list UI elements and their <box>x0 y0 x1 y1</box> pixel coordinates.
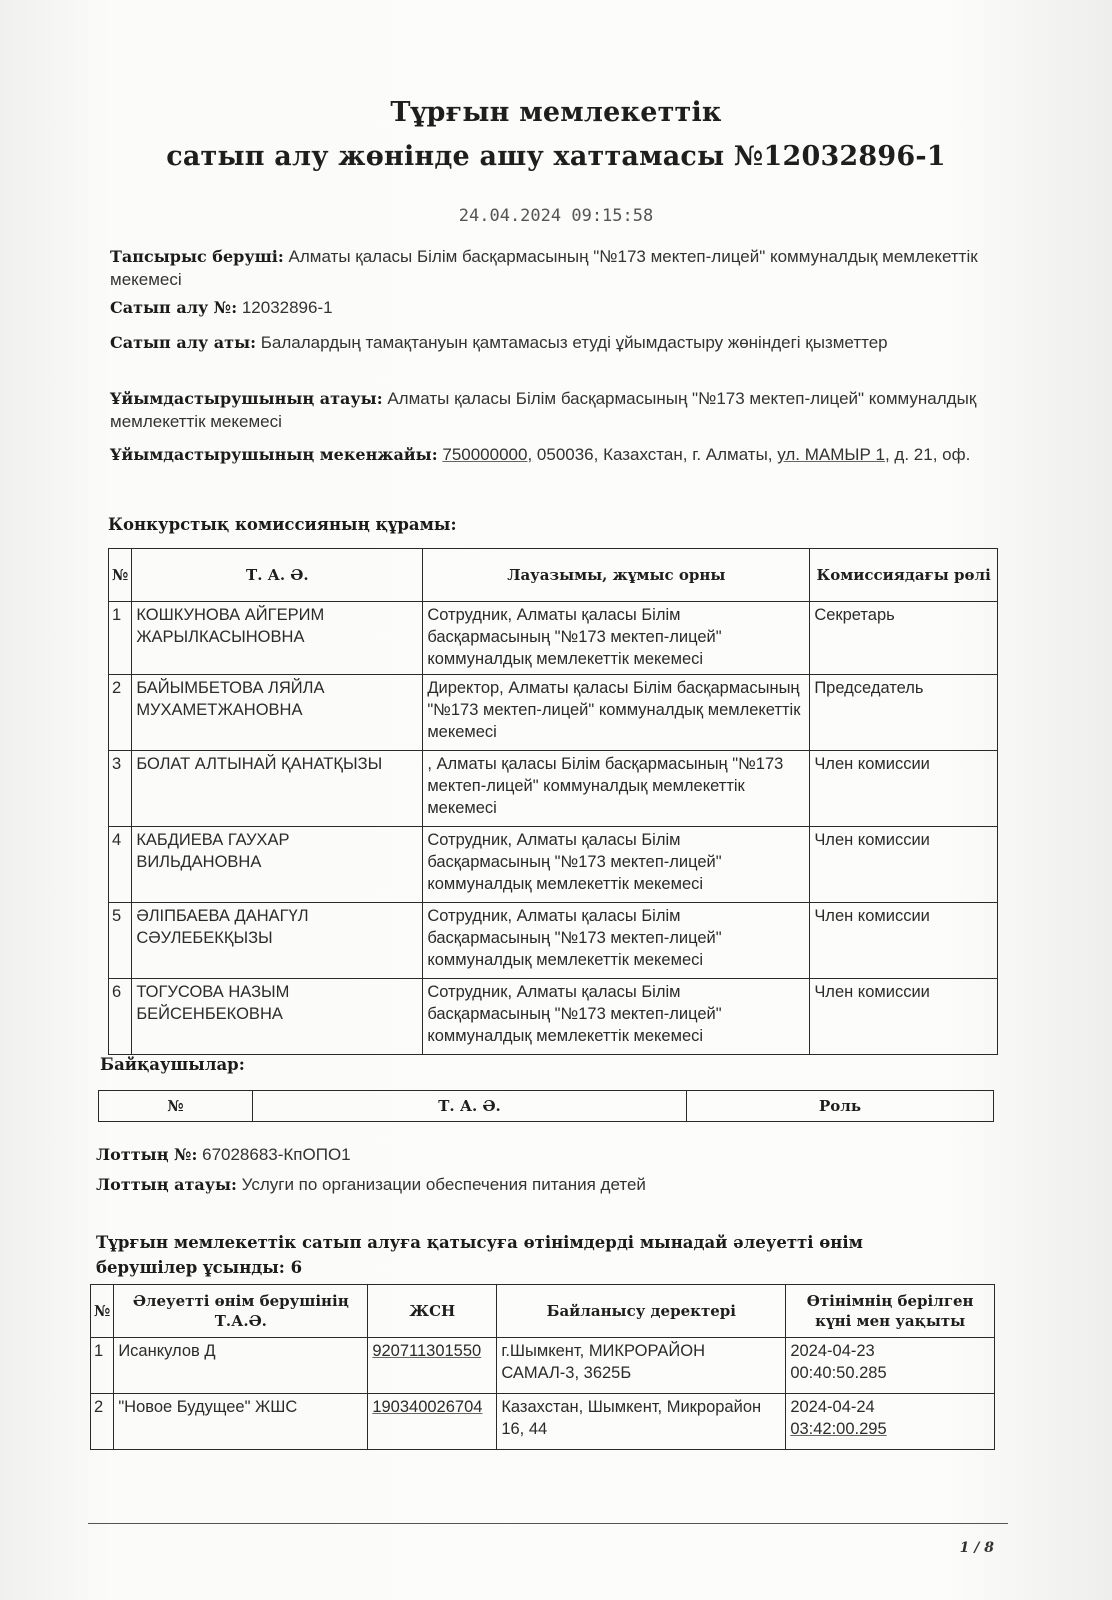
organizer-name-label: Ұйымдастырушының атауы: <box>110 389 383 408</box>
customer-field: Тапсырыс беруші: Алматы қаласы Білім бас… <box>110 245 1010 291</box>
row-date: 2024-04-24 <box>790 1396 990 1418</box>
col-no: № <box>109 549 132 602</box>
row-name: КАБДИЕВА ГАУХАР ВИЛЬДАНОВНА <box>132 827 423 903</box>
organizer-address-field: Ұйымдастырушының мекенжайы: 750000000, 0… <box>110 443 1010 466</box>
row-no: 1 <box>109 602 132 675</box>
document-title-line1: Тұрғын мемлекеттік <box>0 97 1112 128</box>
purchase-number-label: Сатып алу №: <box>110 298 237 317</box>
col-position: Лауазымы, жұмыс орны <box>423 549 810 602</box>
commission-title: Конкурстық комиссияның құрамы: <box>108 515 457 534</box>
row-time: 00:40:50.285 <box>790 1362 990 1384</box>
row-name: БАЙЫМБЕТОВА ЛЯЙЛА МУХАМЕТЖАНОВНА <box>132 675 423 751</box>
table-row: 4 КАБДИЕВА ГАУХАР ВИЛЬДАНОВНА Сотрудник,… <box>109 827 998 903</box>
col-name: Т. А. Ә. <box>253 1091 687 1122</box>
address-mid: 050036, Казахстан, г. Алматы, <box>532 445 777 464</box>
row-position: Сотрудник, Алматы қаласы Білім басқармас… <box>423 827 810 903</box>
table-row: 5 ӘЛІПБАЕВА ДАНАГҮЛ СӘУЛЕБЕКҚЫЗЫ Сотрудн… <box>109 903 998 979</box>
document-page: Тұрғын мемлекеттік сатып алу жөнінде ашу… <box>0 0 1112 1600</box>
row-role: Член комиссии <box>810 751 998 827</box>
row-contact: г.Шымкент, МИКРОРАЙОН САМАЛ-3, 3625Б <box>497 1338 786 1394</box>
footer-divider <box>88 1523 1008 1524</box>
row-role: Секретарь <box>810 602 998 675</box>
row-position: , Алматы қаласы Білім басқармасының "№17… <box>423 751 810 827</box>
row-no: 2 <box>91 1394 114 1450</box>
col-supplier-name: Әлеуетті өнім берушінің Т.А.Ә. <box>114 1285 368 1338</box>
row-position: Сотрудник, Алматы қаласы Білім басқармас… <box>423 602 810 675</box>
row-time: 03:42:00.295 <box>790 1418 990 1440</box>
lot-number-label: Лоттың №: <box>96 1145 197 1164</box>
table-row: 3 БОЛАТ АЛТЫНАЙ ҚАНАТҚЫЗЫ , Алматы қалас… <box>109 751 998 827</box>
row-role: Член комиссии <box>810 827 998 903</box>
purchase-name-label: Сатып алу аты: <box>110 333 256 352</box>
table-row: 1 Исанкулов Д 920711301550 г.Шымкент, МИ… <box>91 1338 995 1394</box>
lot-name-field: Лоттың атауы: Услуги по организации обес… <box>96 1173 996 1196</box>
address-code-link[interactable]: 750000000, <box>442 445 532 464</box>
row-position: Директор, Алматы қаласы Білім басқармасы… <box>423 675 810 751</box>
row-role: Председатель <box>810 675 998 751</box>
organizer-address-label: Ұйымдастырушының мекенжайы: <box>110 445 438 464</box>
row-role: Член комиссии <box>810 903 998 979</box>
col-name: Т. А. Ә. <box>132 549 423 602</box>
table-row: 2 "Новое Будущее" ЖШС 190340026704 Казах… <box>91 1394 995 1450</box>
suppliers-header-row: № Әлеуетті өнім берушінің Т.А.Ә. ЖСН Бай… <box>91 1285 995 1338</box>
commission-table: № Т. А. Ә. Лауазымы, жұмыс орны Комиссия… <box>108 548 998 1055</box>
row-contact: Казахстан, Шымкент, Микрорайон 16, 44 <box>497 1394 786 1450</box>
purchase-name-field: Сатып алу аты: Балалардың тамақтануын қа… <box>110 331 1010 354</box>
row-date: 2024-04-23 <box>790 1340 990 1362</box>
table-row: 2 БАЙЫМБЕТОВА ЛЯЙЛА МУХАМЕТЖАНОВНА Дирек… <box>109 675 998 751</box>
col-contact: Байланысу деректері <box>497 1285 786 1338</box>
lot-name-value: Услуги по организации обеспечения питани… <box>242 1175 646 1194</box>
row-iin-link[interactable]: 920711301550 <box>372 1342 481 1360</box>
organizer-name-field: Ұйымдастырушының атауы: Алматы қаласы Бі… <box>110 387 1010 433</box>
lot-name-label: Лоттың атауы: <box>96 1175 237 1194</box>
row-position: Сотрудник, Алматы қаласы Білім басқармас… <box>423 979 810 1055</box>
table-row: 1 КОШКУНОВА АЙГЕРИМ ЖАРЫЛКАСЫНОВНА Сотру… <box>109 602 998 675</box>
observers-header-row: № Т. А. Ә. Роль <box>99 1091 994 1122</box>
row-role: Член комиссии <box>810 979 998 1055</box>
row-no: 5 <box>109 903 132 979</box>
col-no: № <box>99 1091 253 1122</box>
row-supplier-name: "Новое Будущее" ЖШС <box>114 1394 368 1450</box>
row-no: 6 <box>109 979 132 1055</box>
row-position: Сотрудник, Алматы қаласы Білім басқармас… <box>423 903 810 979</box>
customer-label: Тапсырыс беруші: <box>110 247 284 266</box>
purchase-name-value: Балалардың тамақтануын қамтамасыз етуді … <box>261 333 888 352</box>
purchase-number-field: Сатып алу №: 12032896-1 <box>110 296 1010 319</box>
suppliers-table: № Әлеуетті өнім берушінің Т.А.Ә. ЖСН Бай… <box>90 1284 995 1450</box>
lot-number-field: Лоттың №: 67028683-КпОПО1 <box>96 1143 996 1166</box>
col-no: № <box>91 1285 114 1338</box>
row-supplier-name: Исанкулов Д <box>114 1338 368 1394</box>
row-name: БОЛАТ АЛТЫНАЙ ҚАНАТҚЫЗЫ <box>132 751 423 827</box>
suppliers-title: Тұрғын мемлекеттік сатып алуға қатысуға … <box>96 1230 926 1280</box>
table-row: 6 ТОГУСОВА НАЗЫМ БЕЙСЕНБЕКОВНА Сотрудник… <box>109 979 998 1055</box>
lot-number-value: 67028683-КпОПО1 <box>202 1145 351 1164</box>
row-no: 3 <box>109 751 132 827</box>
row-name: КОШКУНОВА АЙГЕРИМ ЖАРЫЛКАСЫНОВНА <box>132 602 423 675</box>
page-number: 1 / 8 <box>960 1540 994 1556</box>
address-street-link[interactable]: ул. МАМЫР 1, <box>777 445 889 464</box>
address-end: д. 21, оф. <box>890 445 971 464</box>
col-role: Роль <box>687 1091 994 1122</box>
col-submitted-at: Өтінімнің берілген күні мен уақыты <box>786 1285 995 1338</box>
row-name: ТОГУСОВА НАЗЫМ БЕЙСЕНБЕКОВНА <box>132 979 423 1055</box>
row-iin-link[interactable]: 190340026704 <box>372 1398 482 1416</box>
col-iin: ЖСН <box>368 1285 497 1338</box>
document-datetime: 24.04.2024 09:15:58 <box>0 206 1112 226</box>
purchase-number-value: 12032896-1 <box>242 298 333 317</box>
row-no: 1 <box>91 1338 114 1394</box>
row-no: 2 <box>109 675 132 751</box>
row-name: ӘЛІПБАЕВА ДАНАГҮЛ СӘУЛЕБЕКҚЫЗЫ <box>132 903 423 979</box>
col-role: Комиссиядағы рөлі <box>810 549 998 602</box>
document-title-line2: сатып алу жөнінде ашу хаттамасы №1203289… <box>0 141 1112 172</box>
observers-title: Байқаушылар: <box>100 1055 245 1074</box>
observers-table: № Т. А. Ә. Роль <box>98 1090 994 1122</box>
commission-header-row: № Т. А. Ә. Лауазымы, жұмыс орны Комиссия… <box>109 549 998 602</box>
row-no: 4 <box>109 827 132 903</box>
